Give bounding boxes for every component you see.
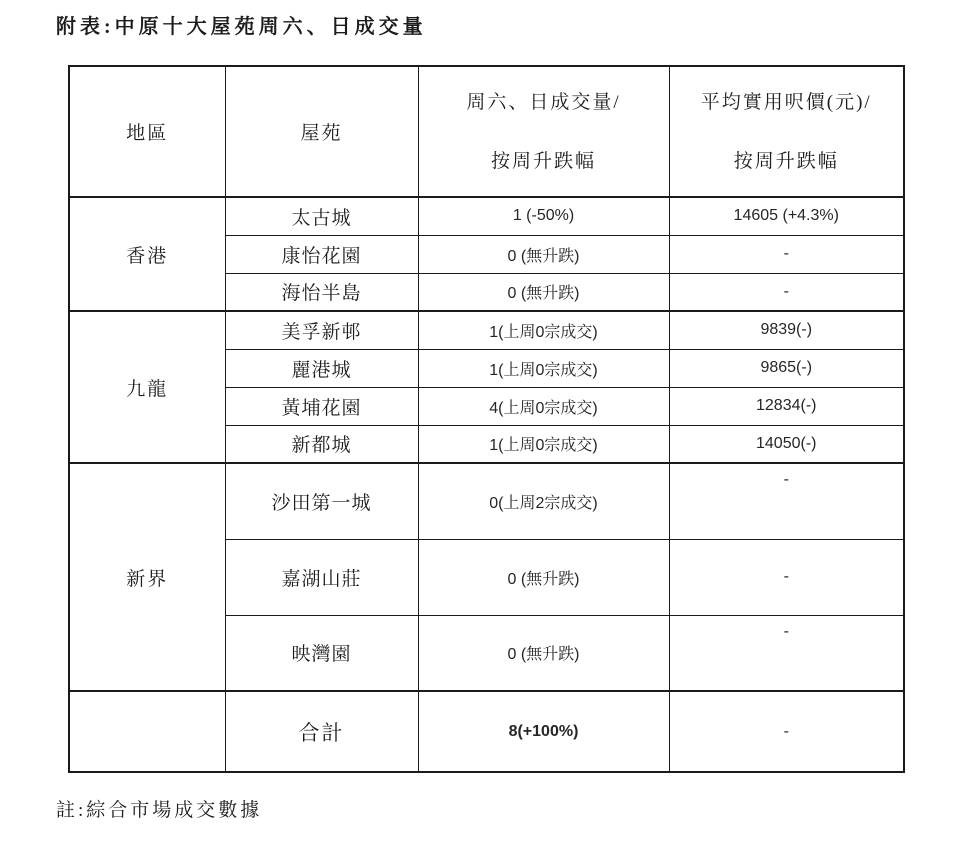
price-cell: 14605 (+4.3%)	[669, 197, 904, 235]
table-row: 新界 沙田第一城 0(上周2宗成交) -	[69, 463, 904, 539]
volume-cell: 1(上周0宗成交)	[418, 311, 669, 349]
price-cell: 9839(-)	[669, 311, 904, 349]
estate-cell: 太古城	[225, 197, 418, 235]
page: 附表:中原十大屋苑周六、日成交量 地區 屋苑 周六、日成交量/ 按周升跌幅 平均…	[0, 0, 977, 822]
price-cell: -	[669, 539, 904, 615]
volume-cell: 0 (無升跌)	[418, 235, 669, 273]
page-title: 附表:中原十大屋苑周六、日成交量	[56, 14, 977, 40]
price-cell: 9865(-)	[669, 349, 904, 387]
estate-cell: 沙田第一城	[225, 463, 418, 539]
volume-cell: 0 (無升跌)	[418, 615, 669, 691]
header-estate-label: 屋苑	[300, 123, 342, 144]
table-row: 九龍 美孚新邨 1(上周0宗成交) 9839(-)	[69, 311, 904, 349]
estate-cell: 麗港城	[225, 349, 418, 387]
header-volume-line1: 周六、日成交量/	[419, 90, 669, 115]
total-volume-cell: 8(+100%)	[418, 691, 669, 772]
volume-cell: 0 (無升跌)	[418, 273, 669, 311]
region-cell: 新界	[69, 463, 225, 691]
estate-cell: 海怡半島	[225, 273, 418, 311]
total-label-cell: 合計	[225, 691, 418, 772]
volume-cell: 1 (-50%)	[418, 197, 669, 235]
volume-cell: 0 (無升跌)	[418, 539, 669, 615]
header-price-line2: 按周升跌幅	[670, 149, 904, 174]
estates-table: 地區 屋苑 周六、日成交量/ 按周升跌幅 平均實用呎價(元)/ 按周升跌幅 香港	[68, 65, 905, 773]
total-row: 合計 8(+100%) -	[69, 691, 904, 772]
table-row: 香港 太古城 1 (-50%) 14605 (+4.3%)	[69, 197, 904, 235]
total-price-cell: -	[669, 691, 904, 772]
region-cell: 九龍	[69, 311, 225, 463]
header-price-line1: 平均實用呎價(元)/	[670, 90, 904, 115]
price-cell: -	[669, 273, 904, 311]
header-price: 平均實用呎價(元)/ 按周升跌幅	[669, 66, 904, 197]
estate-cell: 映灣園	[225, 615, 418, 691]
footnote: 註:綜合市場成交數據	[56, 795, 977, 822]
table-header-row: 地區 屋苑 周六、日成交量/ 按周升跌幅 平均實用呎價(元)/ 按周升跌幅	[69, 66, 904, 197]
header-volume: 周六、日成交量/ 按周升跌幅	[418, 66, 669, 197]
header-region-label: 地區	[126, 123, 168, 144]
region-cell-empty	[69, 691, 225, 772]
volume-cell: 0(上周2宗成交)	[418, 463, 669, 539]
header-volume-line2: 按周升跌幅	[419, 149, 669, 174]
price-cell: -	[669, 235, 904, 273]
estate-cell: 美孚新邨	[225, 311, 418, 349]
header-region: 地區	[69, 66, 225, 197]
header-estate: 屋苑	[225, 66, 418, 197]
region-cell: 香港	[69, 197, 225, 311]
price-cell: 12834(-)	[669, 387, 904, 425]
estate-cell: 嘉湖山莊	[225, 539, 418, 615]
estate-cell: 新都城	[225, 425, 418, 463]
volume-cell: 1(上周0宗成交)	[418, 349, 669, 387]
price-cell: -	[669, 615, 904, 691]
volume-cell: 4(上周0宗成交)	[418, 387, 669, 425]
price-cell: 14050(-)	[669, 425, 904, 463]
estate-cell: 康怡花園	[225, 235, 418, 273]
volume-cell: 1(上周0宗成交)	[418, 425, 669, 463]
price-cell: -	[669, 463, 904, 539]
estate-cell: 黃埔花園	[225, 387, 418, 425]
